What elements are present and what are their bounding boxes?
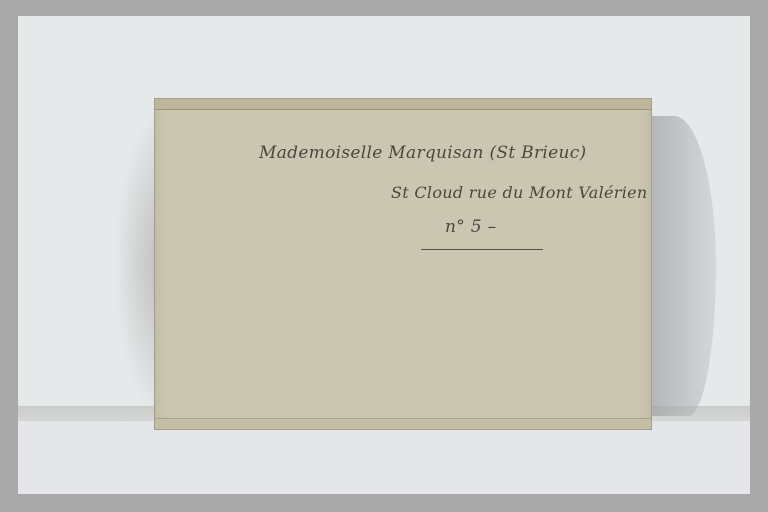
shelf-surface bbox=[18, 420, 750, 494]
handwritten-name: Mademoiselle Marquisan (St Brieuc) bbox=[259, 143, 586, 163]
photo-backdrop: Mademoiselle Marquisan (St Brieuc) St Cl… bbox=[18, 16, 750, 494]
handwritten-underline bbox=[421, 249, 543, 250]
handwritten-address: St Cloud rue du Mont Valérien bbox=[391, 183, 648, 202]
notebook-bottom-edge bbox=[155, 418, 651, 429]
notebook-shadow-right bbox=[646, 116, 716, 416]
notebook-top-edge bbox=[155, 99, 651, 110]
handwritten-number: n° 5 – bbox=[445, 217, 496, 237]
notebook-cover: Mademoiselle Marquisan (St Brieuc) St Cl… bbox=[154, 98, 652, 430]
